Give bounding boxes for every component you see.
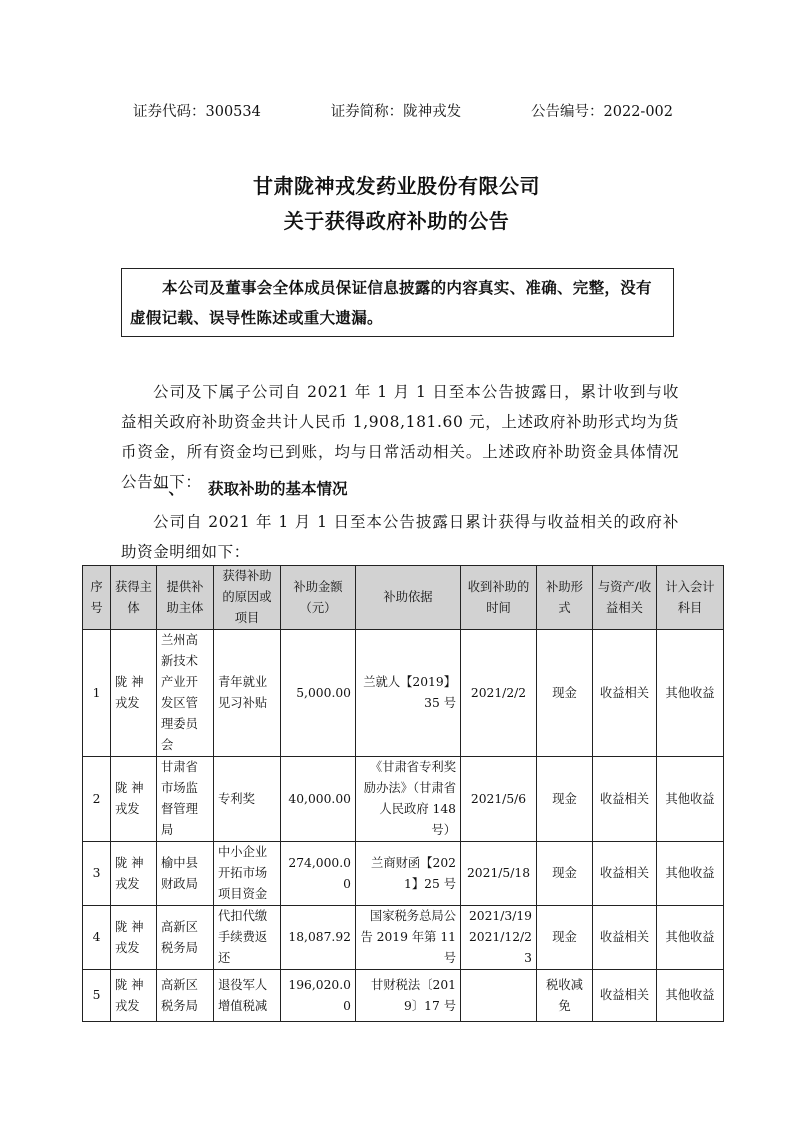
- cell-account: 其他收益: [657, 630, 724, 757]
- cell-related: 收益相关: [593, 970, 657, 1022]
- cell-amount: 196,020.00: [281, 970, 356, 1022]
- disclosure-notice-box: 本公司及董事会全体成员保证信息披露的内容真实、准确、完整，没有虚假记载、误导性陈…: [121, 268, 674, 337]
- stock-code: 证券代码：300534: [133, 100, 261, 121]
- company-title: 甘肃陇神戎发药业股份有限公司: [0, 170, 793, 199]
- section-paragraph: 公司自 2021 年 1 月 1 日至本公告披露日累计获得与收益相关的政府补助资…: [121, 507, 679, 567]
- section-heading-text: 获取补助的基本情况: [208, 480, 348, 498]
- cell-reason: 退役军人增值税减: [214, 970, 281, 1022]
- header-form: 补助形式: [537, 566, 593, 630]
- announcement-number: 公告编号：2022-002: [531, 100, 673, 121]
- cell-form: 现金: [537, 906, 593, 970]
- announcement-title: 关于获得政府补助的公告: [0, 205, 793, 234]
- cell-reason: 青年就业见习补贴: [214, 630, 281, 757]
- header-account: 计入会计科目: [657, 566, 724, 630]
- cell-no: 5: [83, 970, 111, 1022]
- cell-related: 收益相关: [593, 906, 657, 970]
- cell-provider: 榆中县财政局: [157, 842, 214, 906]
- cell-provider: 兰州高新技术产业开发区管理委员会: [157, 630, 214, 757]
- cell-amount: 274,000.00: [281, 842, 356, 906]
- header-reason: 获得补助的原因或项目: [214, 566, 281, 630]
- cell-account: 其他收益: [657, 906, 724, 970]
- cell-amount: 40,000.00: [281, 757, 356, 842]
- cell-form: 现金: [537, 630, 593, 757]
- table-row: 1 陇 神戎发 兰州高新技术产业开发区管理委员会 青年就业见习补贴 5,000.…: [83, 630, 724, 757]
- cell-form: 税收减免: [537, 970, 593, 1022]
- cell-amount: 5,000.00: [281, 630, 356, 757]
- cell-basis: 甘财税法〔2019〕17 号: [356, 970, 461, 1022]
- section-heading-1: 一、获取补助的基本情况: [153, 477, 348, 499]
- cell-no: 3: [83, 842, 111, 906]
- cell-basis: 国家税务总局公告 2019 年第 11 号: [356, 906, 461, 970]
- grant-details-table: 序号 获得主体 提供补助主体 获得补助的原因或项目 补助金额（元） 补助依据 收…: [82, 565, 724, 1022]
- table-row: 2 陇 神戎发 甘肃省市场监督管理局 专利奖 40,000.00 《甘肃省专利奖…: [83, 757, 724, 842]
- cell-no: 2: [83, 757, 111, 842]
- cell-form: 现金: [537, 842, 593, 906]
- cell-recipient: 陇 神戎发: [111, 630, 157, 757]
- cell-recipient: 陇 神戎发: [111, 906, 157, 970]
- cell-reason: 中小企业开拓市场项目资金: [214, 842, 281, 906]
- document-header: 证券代码：300534 证券简称：陇神戎发 公告编号：2022-002: [133, 100, 673, 121]
- cell-recipient: 陇 神戎发: [111, 970, 157, 1022]
- header-provider: 提供补助主体: [157, 566, 214, 630]
- cell-related: 收益相关: [593, 630, 657, 757]
- cell-provider: 高新区税务局: [157, 970, 214, 1022]
- cell-date: 2021/3/19 2021/12/23: [461, 906, 537, 970]
- cell-related: 收益相关: [593, 757, 657, 842]
- cell-date: 2021/5/6: [461, 757, 537, 842]
- cell-account: 其他收益: [657, 757, 724, 842]
- section-number: 一、: [153, 480, 184, 498]
- cell-account: 其他收益: [657, 970, 724, 1022]
- stock-abbreviation: 证券简称：陇神戎发: [331, 100, 462, 121]
- cell-basis: 兰就人【2019】35 号: [356, 630, 461, 757]
- cell-basis: 《甘肃省专利奖励办法》（甘肃省人民政府 148 号）: [356, 757, 461, 842]
- header-amount: 补助金额（元）: [281, 566, 356, 630]
- cell-date: 2021/5/18: [461, 842, 537, 906]
- header-date: 收到补助的时间: [461, 566, 537, 630]
- disclosure-notice-text: 本公司及董事会全体成员保证信息披露的内容真实、准确、完整，没有虚假记载、误导性陈…: [130, 279, 652, 327]
- cell-recipient: 陇 神戎发: [111, 842, 157, 906]
- cell-date: [461, 970, 537, 1022]
- cell-provider: 甘肃省市场监督管理局: [157, 757, 214, 842]
- cell-basis: 兰商财函【2021】25 号: [356, 842, 461, 906]
- table-row: 4 陇 神戎发 高新区税务局 代扣代缴手续费返还 18,087.92 国家税务总…: [83, 906, 724, 970]
- cell-form: 现金: [537, 757, 593, 842]
- cell-reason: 代扣代缴手续费返还: [214, 906, 281, 970]
- cell-date: 2021/2/2: [461, 630, 537, 757]
- header-related: 与资产/收益相关: [593, 566, 657, 630]
- table-header-row: 序号 获得主体 提供补助主体 获得补助的原因或项目 补助金额（元） 补助依据 收…: [83, 566, 724, 630]
- cell-reason: 专利奖: [214, 757, 281, 842]
- cell-account: 其他收益: [657, 842, 724, 906]
- table-row: 3 陇 神戎发 榆中县财政局 中小企业开拓市场项目资金 274,000.00 兰…: [83, 842, 724, 906]
- cell-amount: 18,087.92: [281, 906, 356, 970]
- table-row: 5 陇 神戎发 高新区税务局 退役军人增值税减 196,020.00 甘财税法〔…: [83, 970, 724, 1022]
- header-no: 序号: [83, 566, 111, 630]
- cell-recipient: 陇 神戎发: [111, 757, 157, 842]
- cell-no: 4: [83, 906, 111, 970]
- cell-provider: 高新区税务局: [157, 906, 214, 970]
- header-basis: 补助依据: [356, 566, 461, 630]
- cell-related: 收益相关: [593, 842, 657, 906]
- cell-no: 1: [83, 630, 111, 757]
- header-recipient: 获得主体: [111, 566, 157, 630]
